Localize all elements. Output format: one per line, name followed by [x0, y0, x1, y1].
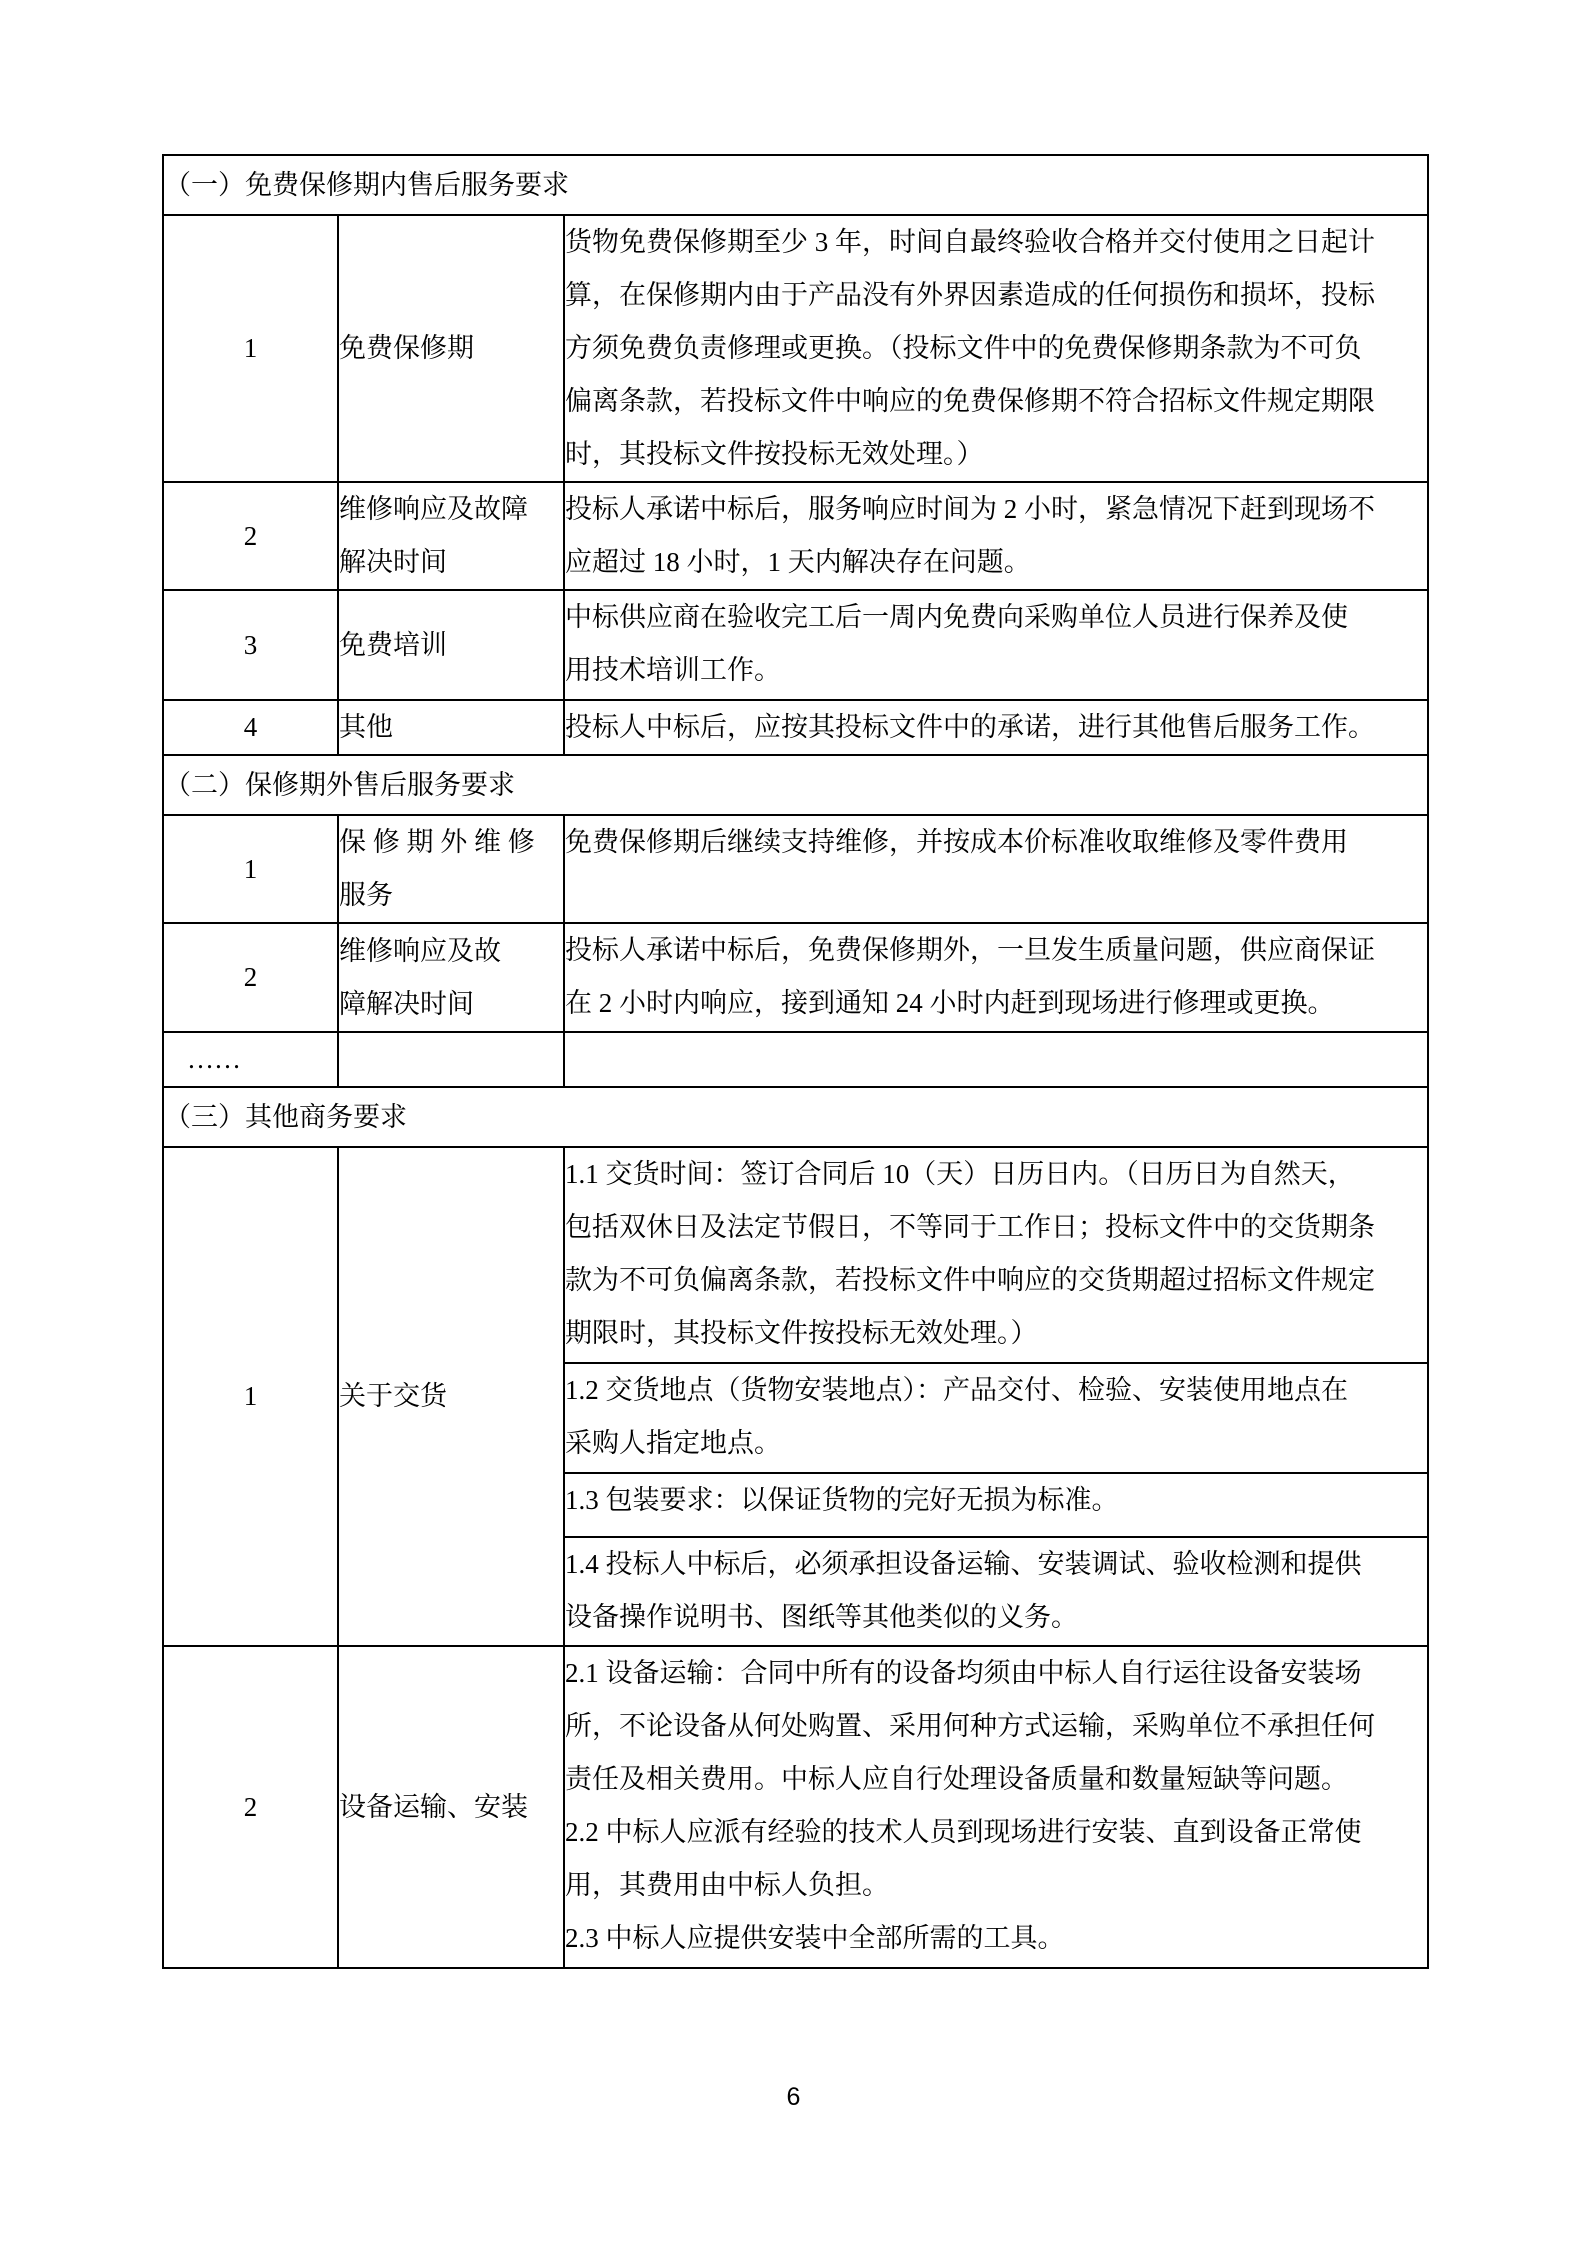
section2-header-row: （二）保修期外售后服务要求: [163, 755, 1428, 815]
item-name: [338, 1032, 564, 1087]
item-name: 设备运输、安装: [338, 1646, 564, 1968]
row-number: 2: [163, 482, 338, 590]
section2-header: （二）保修期外售后服务要求: [163, 755, 1428, 815]
table-row: 2 维修响应及故障 解决时间 投标人承诺中标后，服务响应时间为 2 小时，紧急情…: [163, 482, 1428, 590]
table-row: 1 免费保修期 货物免费保修期至少 3 年，时间自最终验收合格并交付使用之日起计…: [163, 215, 1428, 482]
item-name: 关于交货: [338, 1147, 564, 1646]
item-name: 免费培训: [338, 590, 564, 700]
table-row: 2 维修响应及故 障解决时间 投标人承诺中标后，免费保修期外，一旦发生质量问题，…: [163, 923, 1428, 1032]
row-content-subcell: 1.2 交货地点（货物安装地点）：产品交付、检验、安装使用地点在 采购人指定地点…: [564, 1363, 1428, 1473]
section3-header-row: （三）其他商务要求: [163, 1087, 1428, 1147]
row-number: 2: [163, 1646, 338, 1968]
row-content: 投标人承诺中标后，免费保修期外，一旦发生质量问题，供应商保证 在 2 小时内响应…: [564, 923, 1428, 1032]
row-content: [564, 1032, 1428, 1087]
section3-header: （三）其他商务要求: [163, 1087, 1428, 1147]
row-number: 1: [163, 815, 338, 923]
row-content-subcell: 1.4 投标人中标后，必须承担设备运输、安装调试、验收检测和提供 设备操作说明书…: [564, 1537, 1428, 1646]
row-number: 3: [163, 590, 338, 700]
item-name: 维修响应及故障 解决时间: [338, 482, 564, 590]
row-content: 2.1 设备运输：合同中所有的设备均须由中标人自行运往设备安装场 所，不论设备从…: [564, 1646, 1428, 1968]
row-content-subcell: 1.3 包装要求：以保证货物的完好无损为标准。: [564, 1473, 1428, 1537]
item-name: 保 修 期 外 维 修 服务: [338, 815, 564, 923]
table-row: 4 其他 投标人中标后，应按其投标文件中的承诺，进行其他售后服务工作。: [163, 700, 1428, 755]
row-number: 1: [163, 215, 338, 482]
item-name: 免费保修期: [338, 215, 564, 482]
page-number: 6: [0, 2082, 1587, 2112]
row-content: 货物免费保修期至少 3 年，时间自最终验收合格并交付使用之日起计 算，在保修期内…: [564, 215, 1428, 482]
section1-header: （一）免费保修期内售后服务要求: [163, 155, 1428, 215]
row-number: ……: [163, 1032, 338, 1087]
ellipsis-row: ……: [163, 1032, 1428, 1087]
table-row: 3 免费培训 中标供应商在验收完工后一周内免费向采购单位人员进行保养及使 用技术…: [163, 590, 1428, 700]
row-number: 4: [163, 700, 338, 755]
row-content: 免费保修期后继续支持维修，并按成本价标准收取维修及零件费用: [564, 815, 1428, 923]
table-row: 1 保 修 期 外 维 修 服务 免费保修期后继续支持维修，并按成本价标准收取维…: [163, 815, 1428, 923]
row-content-subcell: 1.1 交货时间：签订合同后 10（天）日历日内。（日历日为自然天， 包括双休日…: [564, 1147, 1428, 1363]
item-name: 其他: [338, 700, 564, 755]
row-content: 投标人中标后，应按其投标文件中的承诺，进行其他售后服务工作。: [564, 700, 1428, 755]
table-row: 1 关于交货 1.1 交货时间：签订合同后 10（天）日历日内。（日历日为自然天…: [163, 1147, 1428, 1363]
row-number: 2: [163, 923, 338, 1032]
section1-header-row: （一）免费保修期内售后服务要求: [163, 155, 1428, 215]
service-requirements-table: （一）免费保修期内售后服务要求 1 免费保修期 货物免费保修期至少 3 年，时间…: [162, 154, 1429, 1969]
row-content: 投标人承诺中标后，服务响应时间为 2 小时，紧急情况下赶到现场不 应超过 18 …: [564, 482, 1428, 590]
table-row: 2 设备运输、安装 2.1 设备运输：合同中所有的设备均须由中标人自行运往设备安…: [163, 1646, 1428, 1968]
row-content: 中标供应商在验收完工后一周内免费向采购单位人员进行保养及使 用技术培训工作。: [564, 590, 1428, 700]
row-number: 1: [163, 1147, 338, 1646]
item-name: 维修响应及故 障解决时间: [338, 923, 564, 1032]
document-page: { "page": { "number": "6" }, "table": { …: [0, 0, 1587, 2245]
